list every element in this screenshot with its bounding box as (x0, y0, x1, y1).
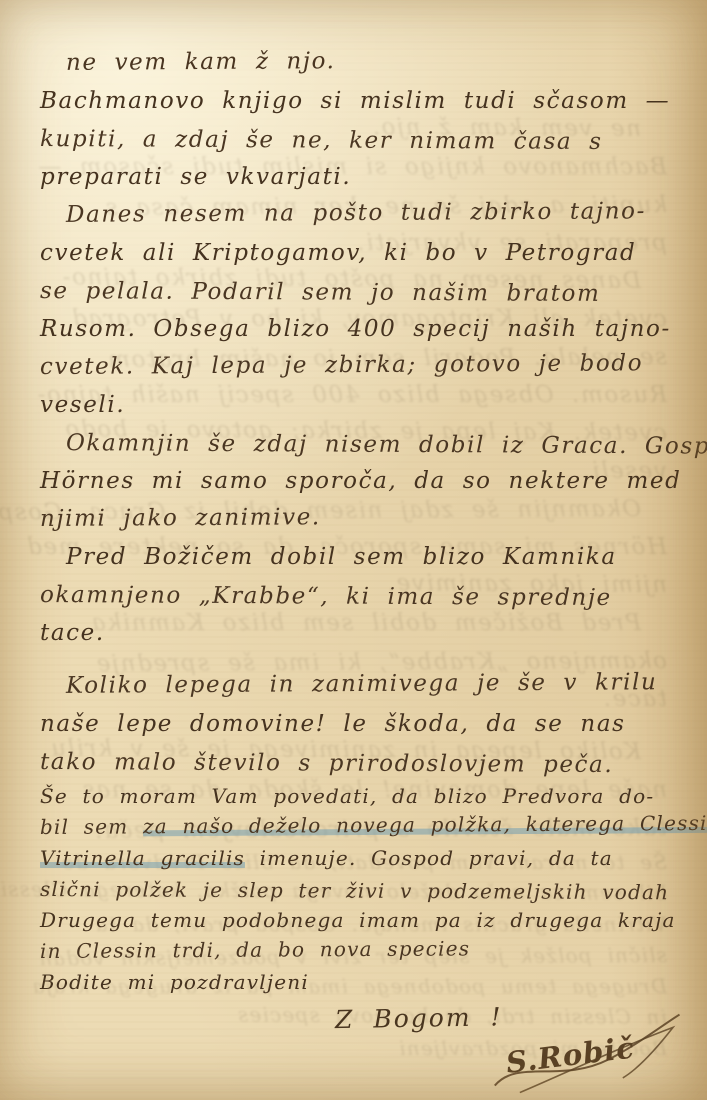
letter-line: Koliko lepega in zanimivega je še v kril… (40, 663, 699, 705)
letter-page: ne vem kam ž njo.Bachmanovo knjigo si mi… (0, 0, 707, 1100)
letter-line: okamnjeno „Krabbe“, ki ima še sprednje (40, 576, 699, 617)
line-text: njimi jako zanimive. (40, 504, 321, 532)
line-text: veseli. (40, 392, 125, 418)
letter-line: Pred Božičem dobil sem blizo Kamnika (40, 538, 699, 576)
letter-line: slični polžek je slep ter živi v podzeme… (40, 874, 699, 908)
line-text: Okamnjin še zdaj nisem dobil iz Graca. G… (66, 430, 707, 459)
letter-line: Okamnjin še zdaj nisem dobil iz Graca. G… (40, 424, 699, 465)
letter-line: Drugega temu podobnega imam pa iz drugeg… (40, 905, 699, 936)
letter-line: Še to moram Vam povedati, da blizo Predv… (40, 781, 699, 812)
letter-line: Hörnes mi samo sporoča, da so nektere me… (40, 462, 699, 500)
line-text: slični polžek je slep ter živi v podzeme… (40, 877, 669, 904)
letter-line: njimi jako zanimive. (40, 496, 699, 538)
letter-line: Rusom. Obsega blizo 400 specij naših taj… (40, 310, 699, 348)
letter-body: ne vem kam ž njo.Bachmanovo knjigo si mi… (40, 44, 699, 998)
line-text: bil sem (40, 814, 143, 839)
blue-underlined-text: za našo deželo novega polžka, katerega C… (143, 811, 707, 839)
line-text: Še to moram Vam povedati, da blizo Predv… (40, 784, 654, 808)
letter-line: Bachmanovo knjigo si mislim tudi sčasom … (40, 82, 699, 120)
letter-line: cvetek ali Kriptogamov, ki bo v Petrogra… (40, 234, 699, 272)
letter-line: Vitrinella gracilis imenuje. Gospod prav… (40, 843, 699, 874)
blue-underlined-text: Vitrinella gracilis (40, 846, 245, 870)
line-text: preparati se vkvarjati. (40, 164, 351, 190)
letter-line: naše lepe domovine! le škoda, da se nas (40, 705, 699, 743)
line-text: Hörnes mi samo sporoča, da so nektere me… (40, 468, 681, 494)
line-text: kupiti, a zdaj še ne, ker nimam časa s (40, 126, 603, 155)
line-text: okamnjeno „Krabbe“, ki ima še sprednje (40, 582, 612, 611)
line-text: Drugega temu podobnega imam pa iz drugeg… (40, 908, 676, 932)
line-text: in Clessin trdi, da bo nova species (40, 936, 470, 963)
line-text: cvetek. Kaj lepa je zbirka; gotovo je bo… (40, 350, 643, 380)
letter-content: ne vem kam ž njo.Bachmanovo knjigo si mi… (0, 0, 707, 1031)
letter-line: tako malo število s prirodoslovjem peča. (40, 743, 699, 784)
letter-line: ne vem kam ž njo. (40, 40, 699, 82)
letter-line: tace. (40, 614, 699, 652)
line-text: se pelala. Podaril sem jo našim bratom (40, 278, 601, 307)
line-text: naše lepe domovine! le škoda, da se nas (40, 711, 626, 737)
line-text: tace. (40, 620, 105, 646)
letter-line: Danes nesem na pošto tudi zbirko tajno- (40, 192, 699, 234)
line-text: tako malo število s prirodoslovjem peča. (40, 749, 613, 778)
line-text: Bachmanovo knjigo si mislim tudi sčasom … (40, 88, 670, 114)
line-text: imenuje. Gospod pravi, da ta (245, 846, 613, 870)
letter-line: kupiti, a zdaj še ne, ker nimam časa s (40, 120, 699, 161)
letter-line: bil sem za našo deželo novega polžka, ka… (40, 808, 699, 843)
letter-line: veseli. (40, 386, 699, 424)
line-text: cvetek ali Kriptogamov, ki bo v Petrogra… (40, 240, 636, 266)
line-text: ne vem kam ž njo. (66, 48, 336, 76)
line-text: Rusom. Obsega blizo 400 specij naših taj… (40, 316, 671, 342)
letter-line: in Clessin trdi, da bo nova species (40, 932, 699, 967)
letter-line: se pelala. Podaril sem jo našim bratom (40, 272, 699, 313)
line-text: Pred Božičem dobil sem blizo Kamnika (66, 544, 617, 570)
letter-line: Bodite mi pozdravljeni (40, 967, 699, 998)
line-text: Danes nesem na pošto tudi zbirko tajno- (66, 198, 646, 228)
letter-line: cvetek. Kaj lepa je zbirka; gotovo je bo… (40, 344, 699, 386)
line-text: Bodite mi pozdravljeni (40, 970, 309, 994)
line-text: Koliko lepega in zanimivega je še v kril… (66, 669, 658, 699)
letter-line: preparati se vkvarjati. (40, 158, 699, 196)
